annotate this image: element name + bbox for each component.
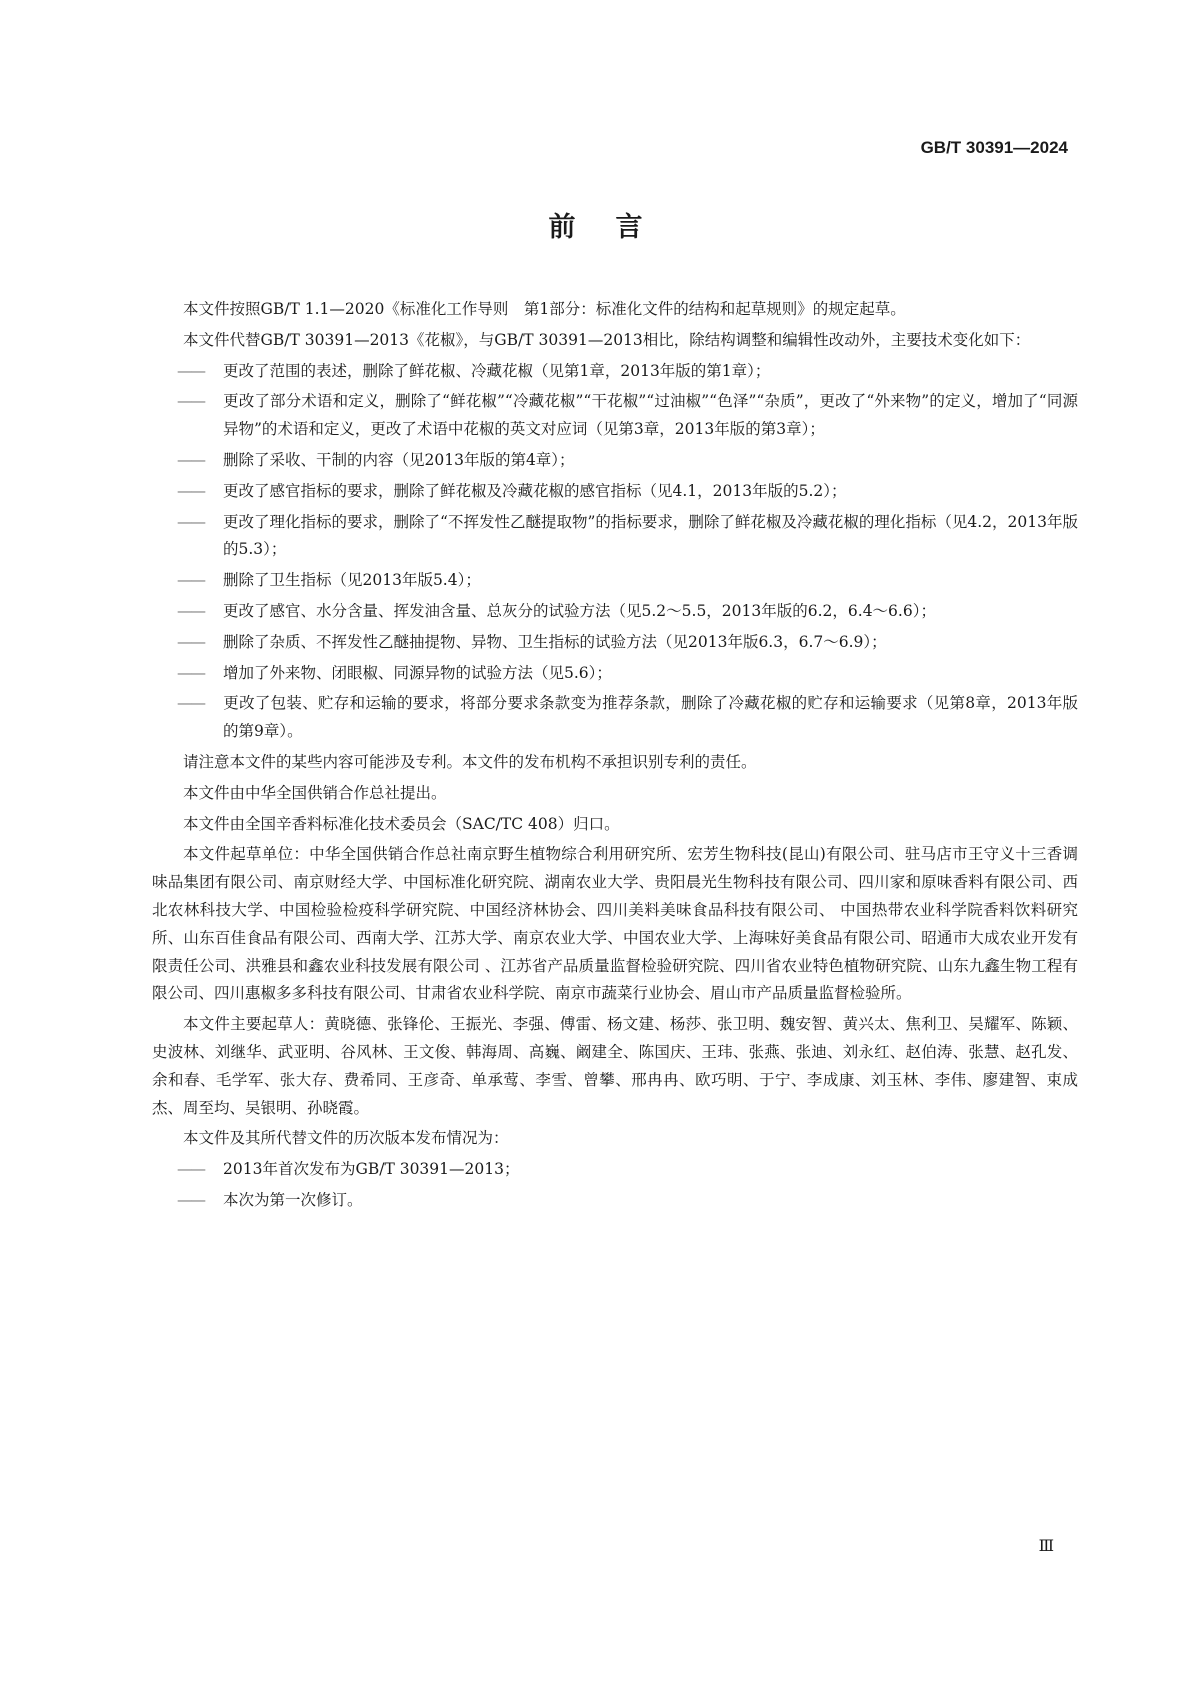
history-intro: 本文件及其所代替文件的历次版本发布情况为：	[152, 1125, 1078, 1153]
change-item: ——更改了包装、贮存和运输的要求，将部分要求条款变为推荐条款，删除了冷藏花椒的贮…	[152, 690, 1078, 746]
change-item: ——更改了部分术语和定义，删除了“鲜花椒”“冷藏花椒”“干花椒”“过油椒”“色泽…	[152, 388, 1078, 444]
page-title: 前言	[0, 205, 1191, 244]
standard-code: GB/T 30391—2024	[921, 138, 1068, 158]
replacement-paragraph: 本文件代替GB/T 30391—2013《花椒》，与GB/T 30391—201…	[152, 327, 1078, 355]
change-item: ——更改了理化指标的要求，删除了“不挥发性乙醚提取物”的指标要求，删除了鲜花椒及…	[152, 509, 1078, 565]
history-item: ——2013年首次发布为GB/T 30391—2013；	[152, 1156, 1078, 1184]
change-item: ——增加了外来物、闭眼椒、同源异物的试验方法（见5.6）；	[152, 660, 1078, 688]
history-item: ——本次为第一次修订。	[152, 1187, 1078, 1215]
change-item: ——更改了范围的表述，删除了鲜花椒、冷藏花椒（见第1章，2013年版的第1章）；	[152, 358, 1078, 386]
patent-notice: 请注意本文件的某些内容可能涉及专利。本文件的发布机构不承担识别专利的责任。	[152, 749, 1078, 777]
drafting-rule-paragraph: 本文件按照GB/T 1.1—2020《标准化工作导则 第1部分：标准化文件的结构…	[152, 296, 1078, 324]
drafting-units-paragraph: 本文件起草单位：中华全国供销合作总社南京野生植物综合利用研究所、宏芳生物科技(昆…	[152, 841, 1078, 1008]
page-number: Ⅲ	[1039, 1536, 1054, 1555]
committee-paragraph: 本文件由全国辛香料标准化技术委员会（SAC/TC 408）归口。	[152, 811, 1078, 839]
change-item: ——更改了感官指标的要求，删除了鲜花椒及冷藏花椒的感官指标（见4.1，2013年…	[152, 478, 1078, 506]
change-item: ——删除了采收、干制的内容（见2013年版的第4章）；	[152, 447, 1078, 475]
change-item: ——更改了感官、水分含量、挥发油含量、总灰分的试验方法（见5.2～5.5，201…	[152, 598, 1078, 626]
proposer-paragraph: 本文件由中华全国供销合作总社提出。	[152, 780, 1078, 808]
change-item: ——删除了杂质、不挥发性乙醚抽提物、异物、卫生指标的试验方法（见2013年版6.…	[152, 629, 1078, 657]
drafters-paragraph: 本文件主要起草人：黄晓德、张锋伦、王振光、李强、傅雷、杨文建、杨莎、张卫明、魏安…	[152, 1011, 1078, 1122]
foreword-body: 本文件按照GB/T 1.1—2020《标准化工作导则 第1部分：标准化文件的结构…	[152, 296, 1078, 1218]
change-item: ——删除了卫生指标（见2013年版5.4）；	[152, 567, 1078, 595]
